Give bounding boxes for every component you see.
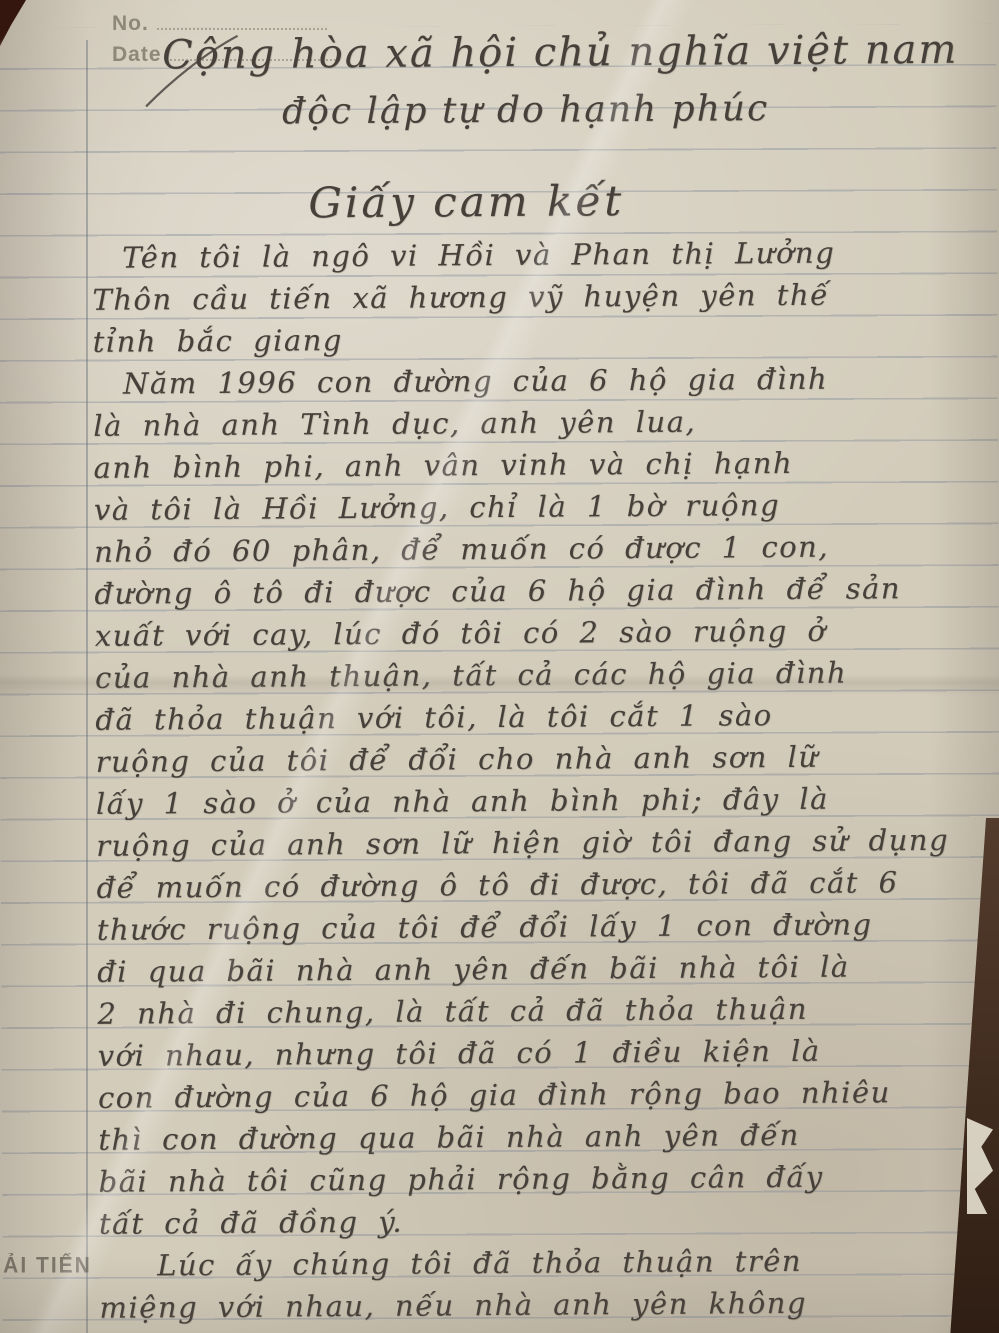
- handwritten-line: với nhau, nhưng tôi đã có 1 điều kiện là: [98, 1029, 992, 1077]
- printer-mark: HẢI TIẾN: [0, 1253, 92, 1278]
- handwritten-line: anh bình phi, anh vân vinh và chị hạnh: [93, 441, 987, 489]
- handwritten-line: để muốn có đường ô tô đi được, tôi đã cắ…: [96, 861, 990, 909]
- handwritten-line: Thôn cầu tiến xã hương vỹ huyện yên thế: [92, 273, 986, 321]
- handwritten-line: nhỏ đó 60 phân, để muốn có được 1 con,: [94, 525, 988, 573]
- handwritten-line: bãi nhà tôi cũng phải rộng bằng cân đấy: [98, 1155, 992, 1203]
- handwritten-line: con đường của 6 hộ gia đình rộng bao nhi…: [98, 1071, 992, 1119]
- national-motto-line2: độc lập tự do hạnh phúc: [56, 83, 995, 140]
- handwriting-layer: Cộng hòa xã hội chủ nghĩa việt nam độc l…: [0, 0, 999, 1333]
- handwritten-line: Năm 1996 con đường của 6 hộ gia đình: [93, 357, 987, 405]
- document-photo: No. Date Cộng hòa xã hội chủ nghĩa việt …: [0, 0, 999, 1333]
- handwritten-line: lấy 1 sào ở của nhà anh bình phi; đây là: [96, 777, 990, 825]
- handwritten-body: Tên tôi là ngô vi Hồi và Phan thị LưởngT…: [92, 231, 994, 1329]
- handwritten-line: tỉnh bắc giang: [93, 315, 987, 363]
- handwritten-line: thước ruộng của tôi để đổi lấy 1 con đườ…: [97, 903, 991, 951]
- handwritten-line: đường ô tô đi được của 6 hộ gia đình để …: [94, 567, 988, 615]
- handwritten-line: đã thỏa thuận với tôi, là tôi cắt 1 sào: [95, 693, 989, 741]
- handwritten-line: là nhà anh Tình dục, anh yên lua,: [93, 399, 987, 447]
- handwritten-line: Lúc ấy chúng tôi đã thỏa thuận trên: [99, 1239, 993, 1287]
- handwritten-line: miệng với nhau, nếu nhà anh yên không: [99, 1281, 993, 1329]
- handwritten-line: tất cả đã đồng ý.: [99, 1197, 993, 1245]
- handwritten-line: ruộng của tôi để đổi cho nhà anh sơn lữ: [96, 735, 990, 783]
- handwritten-line: Tên tôi là ngô vi Hồi và Phan thị Lưởng: [92, 231, 986, 279]
- handwritten-line: thì con đường qua bãi nhà anh yên đến: [98, 1113, 992, 1161]
- national-motto-line1: Cộng hòa xã hội chủ nghĩa việt nam: [136, 21, 985, 85]
- handwritten-line: xuất với cay, lúc đó tôi có 2 sào ruộng …: [95, 609, 989, 657]
- handwritten-line: 2 nhà đi chung, là tất cả đã thỏa thuận: [97, 987, 991, 1035]
- handwritten-line: ruộng của anh sơn lữ hiện giờ tôi đang s…: [96, 819, 990, 867]
- handwritten-line: đi qua bãi nhà anh yên đến bãi nhà tôi l…: [97, 945, 991, 993]
- handwritten-line: của nhà anh thuận, tất cả các hộ gia đìn…: [95, 651, 989, 699]
- document-title: Giấy cam kết: [0, 173, 936, 232]
- handwritten-line: và tôi là Hồi Lưởng, chỉ là 1 bờ ruộng: [94, 483, 988, 531]
